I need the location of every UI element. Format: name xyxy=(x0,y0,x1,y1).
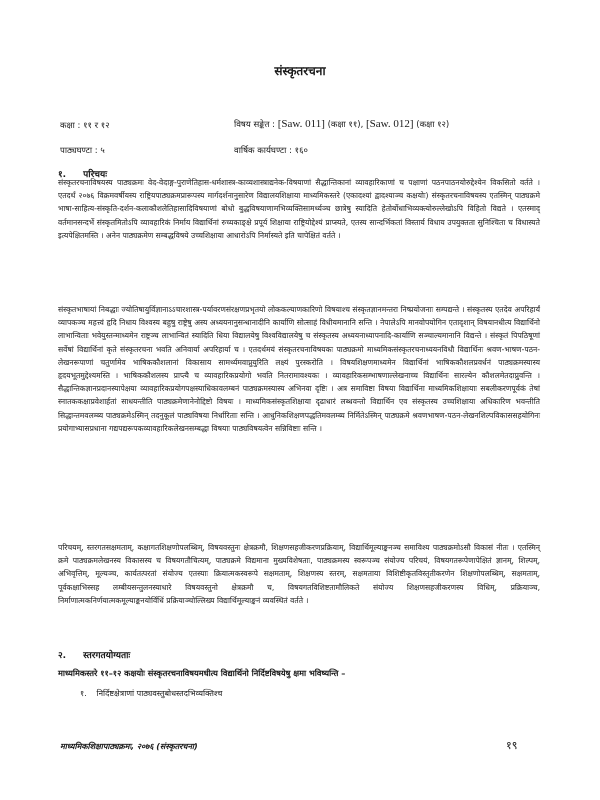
period-label: पाठ्यघण्टा : ५ xyxy=(60,145,105,156)
list-number: १. xyxy=(80,688,94,699)
list-text: निर्दिष्टक्षेत्राणां पाठ्यवस्तुबोधस्तदभि… xyxy=(97,689,223,698)
section-number: २. xyxy=(58,648,80,661)
subject-code: विषय सङ्केत : [Saw. 011] (कक्षा ११), [Sa… xyxy=(234,118,449,130)
subject-code-1-class: (कक्षा ११), xyxy=(328,120,364,130)
section-2-heading: २. स्तरगतयोग्यताः xyxy=(58,648,130,661)
paragraph-intro-3: परिचयम्, स्तरगतसक्षमताम्, कक्षागतशिक्षणो… xyxy=(58,541,540,607)
paragraph-intro-2: संस्कृतभाषायां निबद्धाः ज्योतिषायुर्विज्… xyxy=(58,303,540,435)
competency-lead: माध्यमिकस्तरे ११–१२ कक्षयोः संस्कृतरचनाव… xyxy=(58,668,345,679)
subject-code-2-class: (कक्षा १२) xyxy=(416,120,449,130)
class-label: कक्षा : ११ र १२ xyxy=(60,120,110,131)
page-title: संस्कृतरचना xyxy=(0,62,600,79)
page-number: १९ xyxy=(506,738,517,753)
list-item: १. निर्दिष्टक्षेत्राणां पाठ्यवस्तुबोधस्त… xyxy=(80,688,222,699)
document-page: संस्कृतरचना कक्षा : ११ र १२ विषय सङ्केत … xyxy=(0,0,600,800)
annual-hours-label: वार्षिक कार्यघण्टा : १६० xyxy=(234,145,308,156)
subject-code-1: [Saw. 011] xyxy=(278,118,325,130)
footer-title: माध्यमिकशिक्षापाठ्यक्रमः, २०७६ (संस्कृतर… xyxy=(60,741,198,752)
subject-code-2: [Saw. 012] xyxy=(366,118,414,130)
paragraph-intro-1: संस्कृतरचनाविषयस्य पाठ्यक्रमः वेद-वेदाङ्… xyxy=(58,176,540,242)
section-title: स्तरगतयोग्यताः xyxy=(83,651,130,661)
subject-code-label: विषय सङ्केत : xyxy=(234,120,275,130)
